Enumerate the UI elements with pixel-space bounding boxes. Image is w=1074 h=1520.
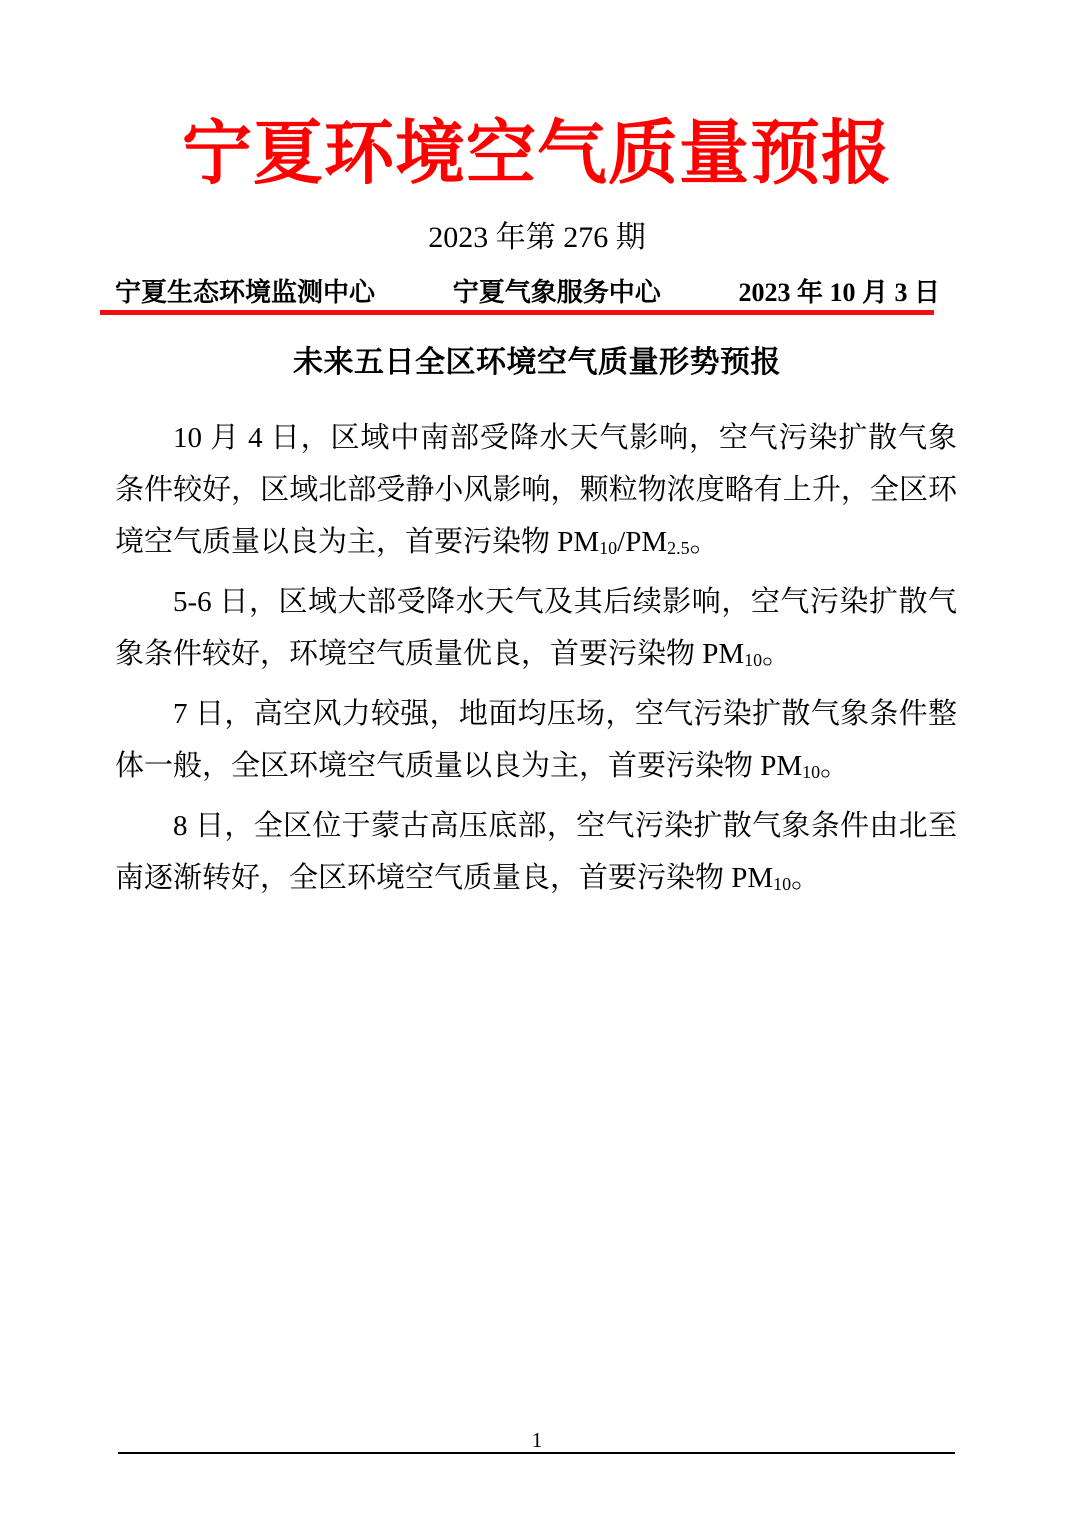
paragraph-text: 。	[791, 862, 820, 894]
publisher-row: 宁夏生态环境监测中心 宁夏气象服务中心 2023 年 10 月 3 日	[115, 277, 940, 309]
paragraph-text: 8 日，全区位于蒙古高压底部，空气污染扩散气象条件由北至南逐渐转好，全区环境空气…	[115, 810, 957, 894]
forecast-paragraph-oct5-6: 5-6 日，区域大部受降水天气及其后续影响，空气污染扩散气象条件较好，环境空气质…	[115, 576, 957, 680]
paragraph-text: 。	[820, 750, 849, 782]
forecast-paragraph-oct7: 7 日，高空风力较强，地面均压场，空气污染扩散气象条件整体一般，全区环境空气质量…	[115, 688, 957, 792]
forecast-paragraph-oct8: 8 日，全区位于蒙古高压底部，空气污染扩散气象条件由北至南逐渐转好，全区环境空气…	[115, 800, 957, 904]
footer-rule	[118, 1452, 955, 1454]
header-red-rule	[100, 310, 934, 315]
page-number: 1	[0, 1428, 1074, 1453]
publisher-meteorological-center: 宁夏气象服务中心	[453, 277, 661, 309]
pm25-subscript: 2.5	[667, 538, 689, 558]
pm10-subscript: 10	[599, 538, 617, 558]
paragraph-text: 10 月 4 日，区域中南部受降水天气影响，空气污染扩散气象条件较好，区域北部受…	[115, 422, 957, 558]
paragraph-text: 5-6 日，区域大部受降水天气及其后续影响，空气污染扩散气象条件较好，环境空气质…	[115, 586, 957, 670]
publisher-monitoring-center: 宁夏生态环境监测中心	[115, 277, 375, 309]
forecast-paragraph-oct4: 10 月 4 日，区域中南部受降水天气影响，空气污染扩散气象条件较好，区域北部受…	[115, 412, 957, 568]
document-title: 宁夏环境空气质量预报	[0, 116, 1074, 193]
issue-number: 2023 年第 276 期	[0, 220, 1074, 256]
paragraph-text: 。	[690, 526, 719, 558]
document-page: 宁夏环境空气质量预报 2023 年第 276 期 宁夏生态环境监测中心 宁夏气象…	[0, 0, 1074, 1520]
section-heading: 未来五日全区环境空气质量形势预报	[0, 344, 1074, 382]
paragraph-text: 。	[762, 638, 791, 670]
pm10-subscript: 10	[773, 874, 791, 894]
pm10-subscript: 10	[802, 762, 820, 782]
forecast-body: 10 月 4 日，区域中南部受降水天气影响，空气污染扩散气象条件较好，区域北部受…	[115, 412, 957, 912]
publish-date: 2023 年 10 月 3 日	[738, 277, 940, 309]
pm10-subscript: 10	[744, 650, 762, 670]
paragraph-text: /PM	[617, 526, 667, 558]
